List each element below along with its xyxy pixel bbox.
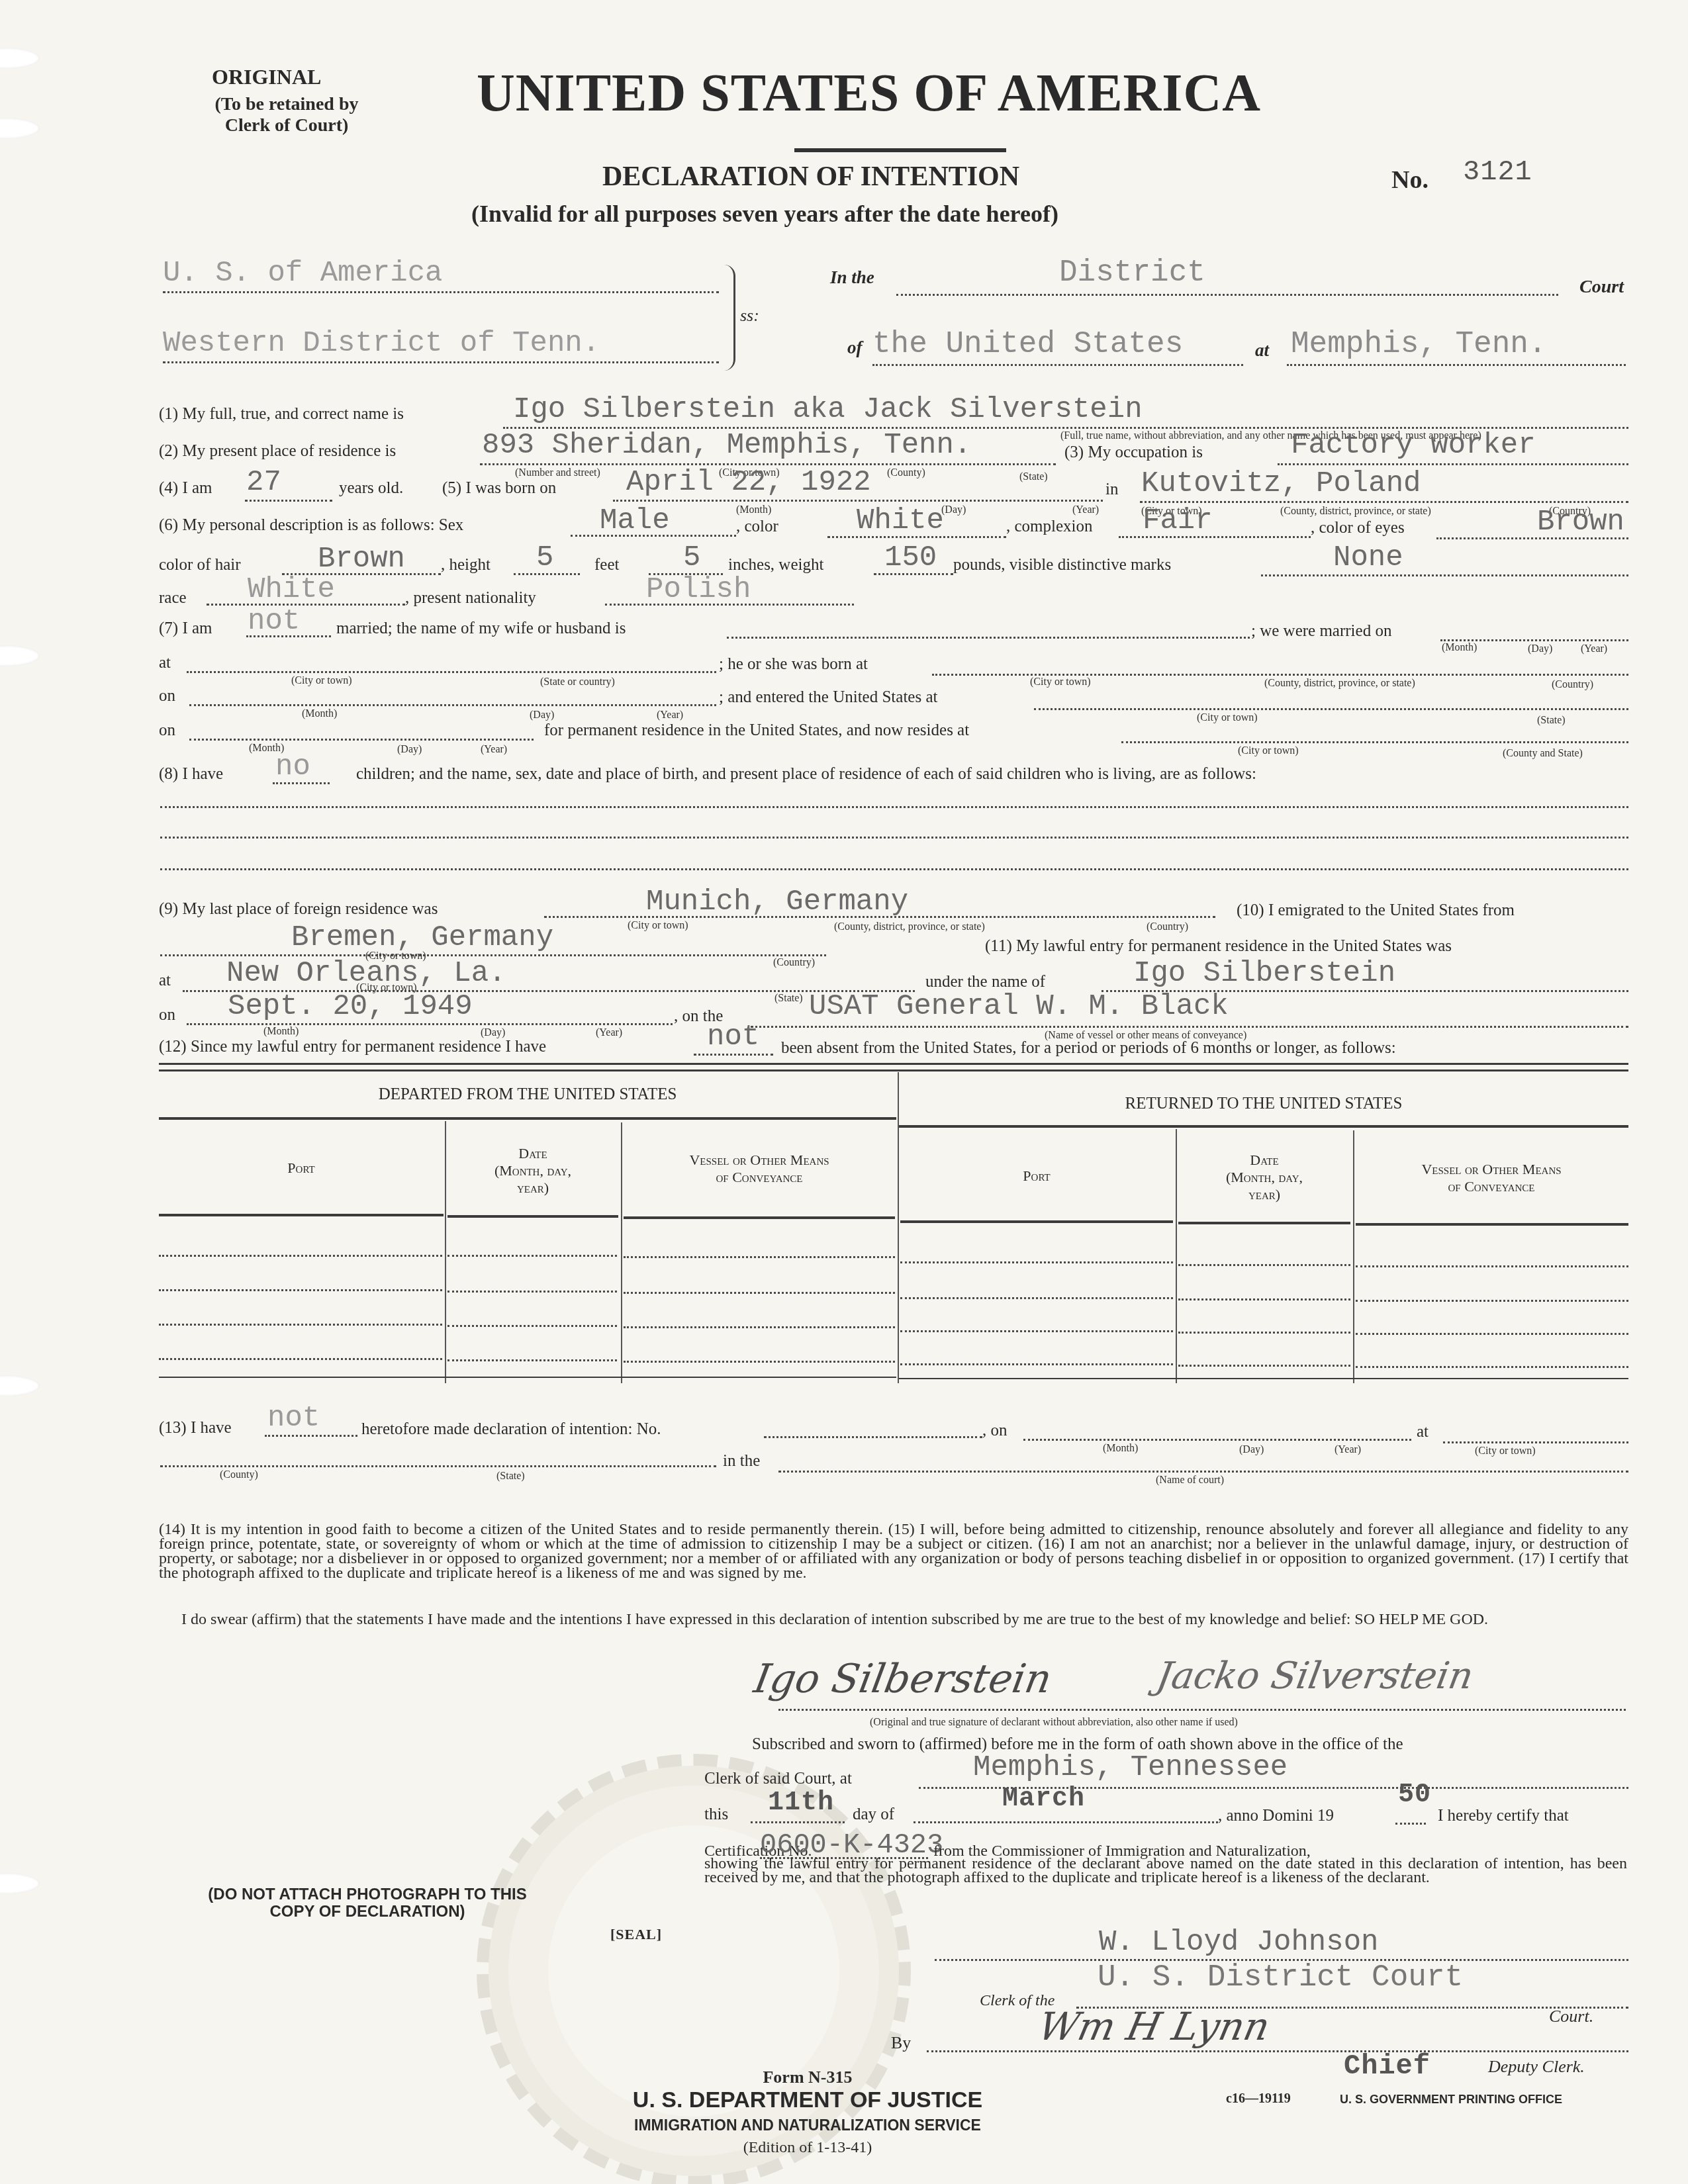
spouse-on2-label: on [159, 721, 175, 740]
race-line [207, 604, 405, 606]
photo-note: (DO NOT ATTACH PHOTOGRAPH TO THIS COPY O… [165, 1886, 569, 1921]
emigrated-from-line [160, 954, 826, 956]
prior-at-label: at [1417, 1423, 1429, 1441]
q8-label: (8) I have [159, 765, 223, 784]
form-subtitle: DECLARATION OF INTENTION [602, 161, 1019, 193]
spouse-resides-line[interactable] [1121, 741, 1628, 743]
col-header-line: year) [446, 1179, 620, 1197]
deputy-signature-line [927, 2050, 1628, 2052]
jurat-year-line [1395, 1823, 1426, 1825]
height-label: , height [441, 556, 491, 574]
deputy-clerk-label: Deputy Clerk. [1488, 2057, 1585, 2077]
title-rule [794, 148, 1006, 152]
copy-note-line: (To be retained by [164, 94, 409, 115]
absent-field[interactable]: not [707, 1021, 759, 1054]
this-label: this [704, 1805, 728, 1824]
feet-label: feet [594, 556, 619, 574]
court-label: Court [1579, 277, 1624, 298]
court-suffix-label: Court. [1549, 2007, 1593, 2026]
birth-date-line [613, 500, 1103, 502]
table-divider [898, 1072, 899, 1383]
spouse-resides-hint: (City or town) [1238, 745, 1299, 757]
spouse-on-hint: (Day) [530, 709, 554, 721]
jurat-month-field[interactable]: March [1002, 1784, 1085, 1814]
col-header-line: (Month, day, [446, 1162, 620, 1179]
by-label: By [891, 2033, 911, 2053]
prior-in-the-label: in the [723, 1452, 760, 1471]
ss-label: ss: [740, 306, 759, 326]
declarant-signature-line [778, 1709, 1626, 1711]
age-field[interactable]: 27 [246, 466, 281, 499]
residence-hint: (Number and street) [515, 467, 600, 479]
nationality-label: , present nationality [405, 589, 536, 608]
married-at-line[interactable] [187, 671, 716, 673]
table-cell[interactable] [624, 1361, 895, 1363]
court-type-field[interactable]: District [1059, 255, 1205, 290]
complexion-label: , complexion [1006, 518, 1093, 536]
q4-label: (4) I am [159, 479, 212, 498]
permanent-residence-label: for permanent residence in the United St… [544, 721, 969, 740]
binder-hole [0, 1873, 40, 1894]
sex-field[interactable]: Male [600, 504, 670, 537]
entry-date-hint: (Year) [596, 1027, 622, 1039]
table-cell[interactable] [159, 1358, 442, 1360]
table-cell[interactable] [447, 1255, 617, 1257]
col-header-line: Date [446, 1145, 620, 1162]
prior-court-line[interactable] [778, 1471, 1628, 1473]
married-at-hint: (State or country) [540, 676, 615, 688]
spouse-on-hint: (Month) [302, 708, 337, 720]
spouse-born-on-line[interactable] [189, 704, 716, 706]
column-header-rule [1178, 1222, 1350, 1224]
children-line-3[interactable] [160, 868, 1628, 870]
table-cell[interactable] [447, 1325, 617, 1327]
prior-date-hint: (Month) [1103, 1443, 1138, 1455]
sex-line [571, 535, 736, 537]
col-header-line: year) [1177, 1186, 1352, 1203]
absent-line [694, 1054, 773, 1056]
children-line [273, 782, 330, 784]
vessel-line [751, 1026, 1628, 1028]
children-line-1[interactable] [160, 806, 1628, 808]
table-top-rule [159, 1069, 1628, 1071]
print-code: c16—19119 [1226, 2091, 1291, 2107]
foreign-residence-hint: (City or town) [628, 920, 688, 932]
table-cell[interactable] [1178, 1332, 1350, 1334]
entry-date-hint: (Month) [263, 1026, 299, 1038]
jurat-year-field[interactable]: 50 [1398, 1780, 1431, 1810]
foreign-residence-hint: (Country) [1147, 921, 1188, 933]
q11-label: (11) My lawful entry for permanent resid… [985, 937, 1452, 956]
q2-label: (2) My present place of residence is [159, 442, 396, 461]
table-cell[interactable] [1356, 1333, 1628, 1335]
birth-date-hint: (Month) [736, 504, 771, 516]
prior-court-hint: (Name of court) [1156, 1475, 1224, 1486]
validity-note: (Invalid for all purposes seven years af… [471, 200, 1058, 228]
prior-place-hint: (State) [496, 1471, 525, 1482]
col-header-line: of Conveyance [622, 1169, 896, 1186]
spouse-on-hint: (Year) [657, 709, 683, 721]
born-at-label: ; he or she was born at [719, 655, 868, 674]
court-location-field[interactable]: Memphis, Tenn. [1291, 327, 1546, 361]
table-cell[interactable] [1178, 1264, 1350, 1266]
years-old-label: years old. [339, 479, 403, 498]
color-field[interactable]: White [857, 504, 944, 537]
q10-label: (10) I emigrated to the United States fr… [1237, 901, 1515, 920]
prior-date-hint: (Day) [1239, 1444, 1264, 1456]
spouse-entered-line[interactable] [1034, 708, 1628, 710]
table-cell[interactable] [900, 1261, 1173, 1263]
spouse-entered-hint: (City or town) [1197, 712, 1258, 724]
under-name-label: under the name of [925, 973, 1045, 991]
table-cell[interactable] [624, 1326, 895, 1328]
col-header-port: Port [899, 1167, 1174, 1185]
table-cell[interactable] [1178, 1298, 1350, 1300]
birth-date-hint: (Year) [1072, 504, 1099, 516]
prior-on-label: , on [982, 1422, 1008, 1440]
col-header-line: Vessel or Other Means [622, 1152, 896, 1169]
department-name: U. S. DEPARTMENT OF JUSTICE [596, 2087, 1019, 2113]
departed-title: DEPARTED FROM THE UNITED STATES [159, 1085, 896, 1104]
married-line [246, 635, 331, 637]
q13-label: (13) I have [159, 1419, 232, 1437]
declarant-signature-2[interactable]: Jacko Silverstein [1153, 1655, 1476, 1698]
married-on-hint: (Day) [1528, 643, 1552, 655]
col-header-line: of Conveyance [1354, 1178, 1628, 1195]
col-header-line: (Month, day, [1177, 1169, 1352, 1186]
prior-city-hint: (City or town) [1475, 1445, 1536, 1457]
prior-city-line[interactable] [1443, 1441, 1628, 1443]
jurat-location-field[interactable]: Memphis, Tennessee [973, 1751, 1288, 1784]
number-label: No. [1391, 165, 1429, 195]
q9-label: (9) My last place of foreign residence w… [159, 900, 438, 919]
table-cell[interactable] [624, 1292, 895, 1294]
table-bottom-rule [899, 1378, 1628, 1379]
table-cell[interactable] [900, 1363, 1173, 1365]
q5-label: (5) I was born on [442, 479, 556, 498]
complexion-line [1119, 536, 1311, 538]
col-header-vessel: Vessel or Other Means of Conveyance [622, 1152, 896, 1186]
column-header-rule [447, 1215, 618, 1218]
children-field[interactable]: no [275, 751, 310, 784]
declaration-number: 3121 [1463, 156, 1532, 188]
table-cell[interactable] [900, 1297, 1173, 1299]
prior-county-state-line[interactable] [160, 1465, 716, 1467]
spouse-entry-hint: (Day) [397, 744, 422, 756]
table-cell[interactable] [900, 1330, 1173, 1332]
court-of-line [872, 364, 1243, 366]
deputy-title-field[interactable]: Chief [1344, 2050, 1430, 2082]
residence-line [480, 463, 1056, 465]
marks-field[interactable]: None [1333, 541, 1403, 574]
q3-label: (3) My occupation is [1064, 443, 1203, 462]
complexion-field[interactable]: Fair [1143, 504, 1213, 537]
eyes-line [1436, 537, 1628, 539]
photo-note-line: (DO NOT ATTACH PHOTOGRAPH TO THIS [165, 1886, 569, 1903]
entry-date-field[interactable]: Sept. 20, 1949 [228, 990, 473, 1023]
col-header-line: Date [1177, 1152, 1352, 1169]
binder-hole [0, 645, 40, 666]
entered-us-label: ; and entered the United States at [719, 688, 937, 707]
page-title: UNITED STATES OF AMERICA [477, 64, 1261, 124]
col-header-date: Date (Month, day, year) [446, 1145, 620, 1197]
q12-label: (12) Since my lawful entry for permanent… [159, 1038, 546, 1056]
foreign-residence-line [544, 916, 1215, 918]
spouse-born-hint: (Country) [1552, 679, 1593, 691]
birth-place-field[interactable]: Kutovitz, Poland [1141, 467, 1421, 500]
prior-declaration-line [265, 1435, 357, 1437]
spouse-on-label: on [159, 687, 175, 705]
venue-district-line [163, 361, 719, 363]
prior-declaration-no-line[interactable] [764, 1436, 982, 1438]
at-label: at [1255, 340, 1269, 361]
ss-brace [724, 265, 735, 371]
court-location-line [1287, 364, 1626, 366]
col-header-line: Vessel or Other Means [1354, 1161, 1628, 1178]
marks-line [1261, 574, 1628, 576]
returned-header-rule [899, 1125, 1628, 1128]
declarant-signature-1[interactable]: Igo Silberstein [751, 1656, 1055, 1702]
table-cell[interactable] [159, 1255, 442, 1257]
photo-note-line: COPY OF DECLARATION) [165, 1903, 569, 1921]
copy-note-line: Clerk of Court) [164, 115, 409, 136]
jurat-month-line [914, 1821, 1218, 1823]
jurat-day-line [751, 1821, 845, 1823]
col-header-date: Date (Month, day, year) [1177, 1152, 1352, 1203]
residence-field[interactable]: 893 Sheridan, Memphis, Tenn. [482, 429, 971, 462]
court-of-field[interactable]: the United States [872, 327, 1183, 361]
weight-field[interactable]: 150 [884, 541, 937, 574]
inches-weight-label: inches, weight [728, 556, 823, 574]
of-label: of [847, 338, 863, 358]
prior-place-hint: (County) [220, 1469, 258, 1481]
printer-name: U. S. GOVERNMENT PRINTING OFFICE [1340, 2093, 1562, 2107]
certify-label: I hereby certify that [1438, 1807, 1569, 1825]
race-field[interactable]: White [248, 573, 335, 606]
married-at-hint: (City or town) [291, 675, 352, 687]
entry-at-label: at [159, 972, 171, 990]
race-label: race [159, 589, 187, 608]
eyes-field[interactable]: Brown [1537, 506, 1624, 539]
married-field[interactable]: not [248, 605, 300, 638]
day-of-label: day of [853, 1805, 894, 1824]
in-label: in [1105, 480, 1118, 499]
departed-header-rule [159, 1117, 896, 1120]
spouse-entered-hint: (State) [1537, 715, 1566, 727]
foreign-residence-hint: (County, district, province, or state) [834, 921, 985, 933]
entry-on-label: on [159, 1006, 175, 1024]
column-header-rule [159, 1214, 444, 1216]
birth-date-hint: (Day) [941, 504, 966, 516]
seal-label: [SEAL] [610, 1926, 662, 1943]
height-inches-field[interactable]: 5 [683, 541, 700, 574]
jurat-day-field[interactable]: 11th [768, 1788, 834, 1818]
venue-country[interactable]: U. S. of America [163, 257, 442, 290]
spouse-name-line[interactable] [727, 637, 1250, 639]
table-cell[interactable] [159, 1324, 442, 1326]
color-line [827, 536, 1006, 538]
emigrated-from-hint: (Country) [773, 957, 815, 969]
binder-hole [0, 48, 40, 69]
hair-field[interactable]: Brown [318, 543, 405, 576]
spouse-entry-hint: (Year) [481, 744, 507, 756]
table-cell[interactable] [1178, 1365, 1350, 1367]
spouse-label: married; the name of my wife or husband … [336, 619, 626, 638]
birth-date-field[interactable]: April 22, 1922 [626, 466, 871, 499]
children-line-2[interactable] [160, 837, 1628, 839]
married-on-label: ; we were married on [1251, 622, 1391, 641]
binder-hole [0, 118, 40, 139]
married-on-hint: (Year) [1581, 643, 1607, 655]
clerk-court-field[interactable]: U. S. District Court [1098, 1960, 1463, 1995]
signature-hint: (Original and true signature of declaran… [870, 1717, 1238, 1729]
cert-text-2: showing the lawful entry for permanent r… [704, 1857, 1627, 1885]
column-header-rule [1356, 1223, 1628, 1226]
occupation-field[interactable]: Factory worker [1291, 429, 1536, 462]
clerk-at-label: Clerk of said Court, at [704, 1770, 852, 1788]
residence-hint: (State) [1019, 471, 1048, 483]
q1-label: (1) My full, true, and correct name is [159, 405, 404, 424]
q6-label: (6) My personal description is as follow… [159, 516, 463, 535]
copy-note: (To be retained by Clerk of Court) [164, 94, 409, 136]
occupation-line [1278, 463, 1628, 465]
in-the-label: In the [830, 267, 874, 288]
q7-label: (7) I am [159, 619, 212, 638]
table-cell[interactable] [1356, 1300, 1628, 1302]
eyes-label: , color of eyes [1311, 519, 1405, 537]
binder-hole [0, 1375, 40, 1396]
form-edition: (Edition of 1-13-41) [662, 2139, 953, 2157]
height-feet-field[interactable]: 5 [536, 541, 553, 574]
hair-label: color of hair [159, 556, 241, 574]
col-header-port: Port [159, 1160, 444, 1177]
marks-label: pounds, visible distinctive marks [953, 556, 1171, 574]
weight-line [874, 573, 953, 575]
entry-name-field[interactable]: Igo Silberstein [1133, 957, 1395, 990]
color-label: , color [736, 518, 778, 536]
entry-date-line [187, 1023, 673, 1025]
spouse-resides-hint: (County and State) [1503, 748, 1583, 760]
emigrated-from-field[interactable]: Bremen, Germany [291, 921, 553, 954]
service-name: IMMIGRATION AND NATURALIZATION SERVICE [583, 2116, 1033, 2134]
absent-text: been absent from the United States, for … [781, 1039, 1396, 1058]
court-type-line [896, 294, 1558, 296]
venue-country-line [163, 291, 719, 293]
entry-port-hint: (State) [774, 993, 803, 1005]
column-header-rule [900, 1220, 1173, 1223]
form-number: Form N-315 [662, 2068, 953, 2087]
prior-declaration-field[interactable]: not [267, 1402, 320, 1435]
oath-paragraph: (14) It is my intention in good faith to… [159, 1522, 1628, 1580]
clerk-name-field[interactable]: W. Lloyd Johnson [1099, 1926, 1378, 1959]
deputy-signature[interactable]: Wm H Lynn [1035, 2004, 1274, 2049]
nationality-field[interactable]: Polish [646, 573, 751, 606]
foreign-residence-field[interactable]: Munich, Germany [646, 886, 908, 919]
vessel-field[interactable]: USAT General W. M. Black [809, 990, 1229, 1023]
birth-place-hint: (County, district, province, or state) [1280, 506, 1431, 518]
height-feet-line [514, 573, 580, 575]
full-name-field[interactable]: Igo Silberstein aka Jack Silverstein [513, 393, 1143, 426]
married-on-line[interactable] [1440, 639, 1628, 641]
table-top-rule [159, 1063, 1628, 1065]
prior-declaration-date-line[interactable] [1023, 1439, 1411, 1441]
age-line [245, 500, 332, 502]
table-cell[interactable] [159, 1289, 442, 1291]
table-cell[interactable] [624, 1256, 895, 1258]
prior-date-hint: (Year) [1335, 1444, 1361, 1456]
residence-hint: (County) [887, 467, 925, 479]
children-text: children; and the name, sex, date and pl… [356, 765, 1256, 784]
column-header-rule [624, 1216, 895, 1219]
returned-title: RETURNED TO THE UNITED STATES [899, 1095, 1628, 1113]
married-on-hint: (Month) [1442, 642, 1477, 654]
spouse-born-hint: (City or town) [1030, 676, 1091, 688]
col-header-vessel: Vessel or Other Means of Conveyance [1354, 1161, 1628, 1195]
copy-type-label: ORIGINAL [212, 65, 321, 89]
birth-place-line [1140, 501, 1628, 503]
married-at-label: at [159, 654, 171, 672]
table-bottom-rule [159, 1377, 896, 1378]
q13-text: heretofore made declaration of intention… [361, 1420, 661, 1439]
venue-district[interactable]: Western District of Tenn. [163, 327, 600, 360]
nationality-line [605, 604, 854, 606]
spouse-entry-date-line[interactable] [189, 739, 534, 741]
table-cell[interactable] [447, 1291, 617, 1293]
table-cell[interactable] [1356, 1265, 1628, 1267]
table-cell[interactable] [1356, 1366, 1628, 1368]
oath-swear: I do swear (affirm) that the statements … [159, 1612, 1628, 1627]
anno-domini-label: , anno Domini 19 [1218, 1807, 1334, 1825]
table-cell[interactable] [447, 1359, 617, 1361]
spouse-born-hint: (County, district, province, or state) [1264, 678, 1415, 690]
spouse-born-at-line[interactable] [932, 674, 1628, 676]
